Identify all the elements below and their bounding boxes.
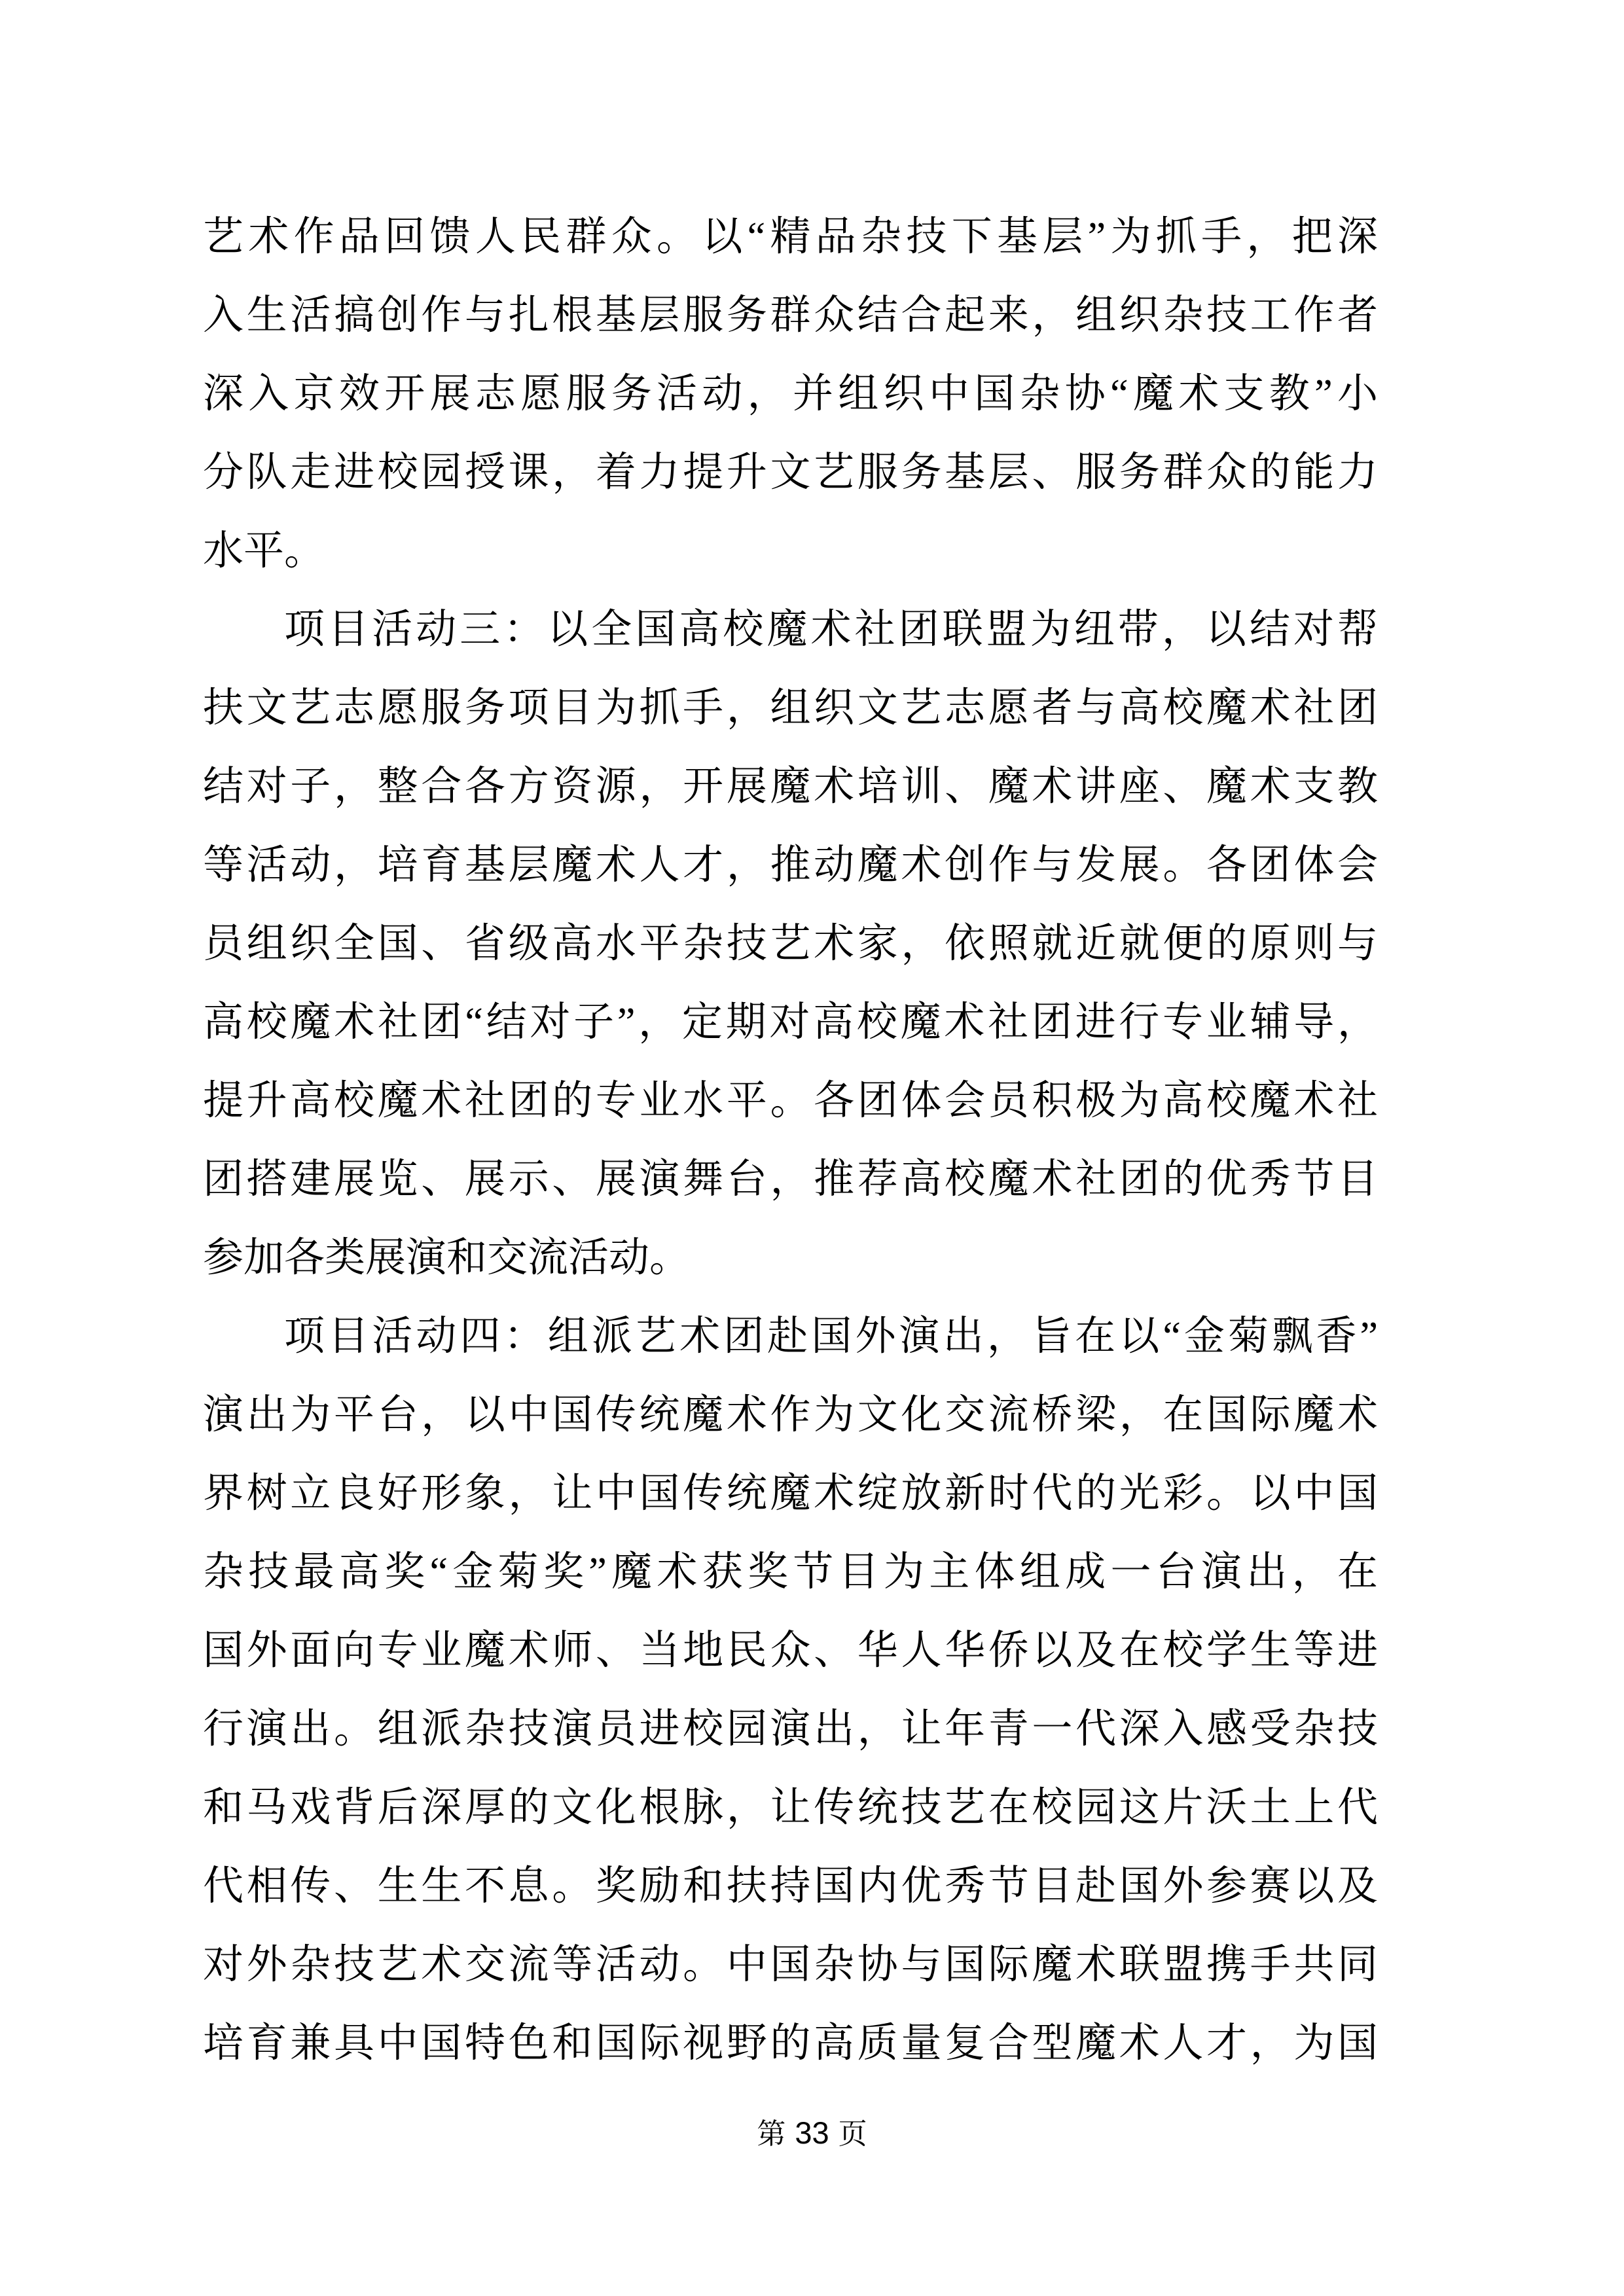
text-line: 扶文艺志愿服务项目为抓手，组织文艺志愿者与高校魔术社团: [203, 669, 1378, 747]
text-line: 深入京效开展志愿服务活动，并组织中国杂协“魔术支教”小: [203, 355, 1378, 433]
text-line: 行演出。组派杂技演员进校园演出，让年青一代深入感受杂技: [203, 1690, 1378, 1768]
page-footer-label-before: 第: [757, 2118, 785, 2150]
text-line: 入生活搞创作与扎根基层服务群众结合起来，组织杂技工作者: [203, 276, 1378, 355]
text-line: 参加各类展演和交流活动。: [203, 1219, 1378, 1297]
text-line: 杂技最高奖“金菊奖”魔术获奖节目为主体组成一台演出，在: [203, 1533, 1378, 1611]
text-line: 分队走进校园授课，着力提升文艺服务基层、服务群众的能力: [203, 433, 1378, 512]
text-line: 项目活动三：以全国高校魔术社团联盟为纽带，以结对帮: [203, 590, 1378, 669]
text-line: 代相传、生生不息。奖励和扶持国内优秀节目赴国外参赛以及: [203, 1847, 1378, 1926]
text-line: 结对子，整合各方资源，开展魔术培训、魔术讲座、魔术支教: [203, 747, 1378, 826]
page-footer: 第33页: [0, 2113, 1624, 2155]
text-line: 演出为平台，以中国传统魔术作为文化交流桥梁，在国际魔术: [203, 1376, 1378, 1454]
text-line: 团搭建展览、展示、展演舞台，推荐高校魔术社团的优秀节目: [203, 1140, 1378, 1219]
text-line: 艺术作品回馈人民群众。以“精品杂技下基层”为抓手，把深: [203, 198, 1378, 276]
text-line: 项目活动四：组派艺术团赴国外演出，旨在以“金菊飘香”: [203, 1297, 1378, 1376]
text-line: 高校魔术社团“结对子”，定期对高校魔术社团进行专业辅导，: [203, 983, 1378, 1062]
text-line: 对外杂技艺术交流等活动。中国杂协与国际魔术联盟携手共同: [203, 1926, 1378, 2004]
text-line: 提升高校魔术社团的专业水平。各团体会员积极为高校魔术社: [203, 1062, 1378, 1140]
page-number: 33: [795, 2115, 829, 2150]
document-page: 艺术作品回馈人民群众。以“精品杂技下基层”为抓手，把深入生活搞创作与扎根基层服务…: [0, 0, 1624, 2296]
text-line: 等活动，培育基层魔术人才，推动魔术创作与发展。各团体会: [203, 826, 1378, 905]
text-line: 水平。: [203, 512, 1378, 590]
text-line: 培育兼具中国特色和国际视野的高质量复合型魔术人才，为国: [203, 2004, 1378, 2083]
document-body: 艺术作品回馈人民群众。以“精品杂技下基层”为抓手，把深入生活搞创作与扎根基层服务…: [203, 198, 1378, 2083]
text-line: 国外面向专业魔术师、当地民众、华人华侨以及在校学生等进: [203, 1611, 1378, 1690]
text-line: 和马戏背后深厚的文化根脉，让传统技艺在校园这片沃土上代: [203, 1768, 1378, 1847]
page-footer-label-after: 页: [839, 2118, 867, 2150]
text-line: 界树立良好形象，让中国传统魔术绽放新时代的光彩。以中国: [203, 1454, 1378, 1533]
text-line: 员组织全国、省级高水平杂技艺术家，依照就近就便的原则与: [203, 905, 1378, 983]
